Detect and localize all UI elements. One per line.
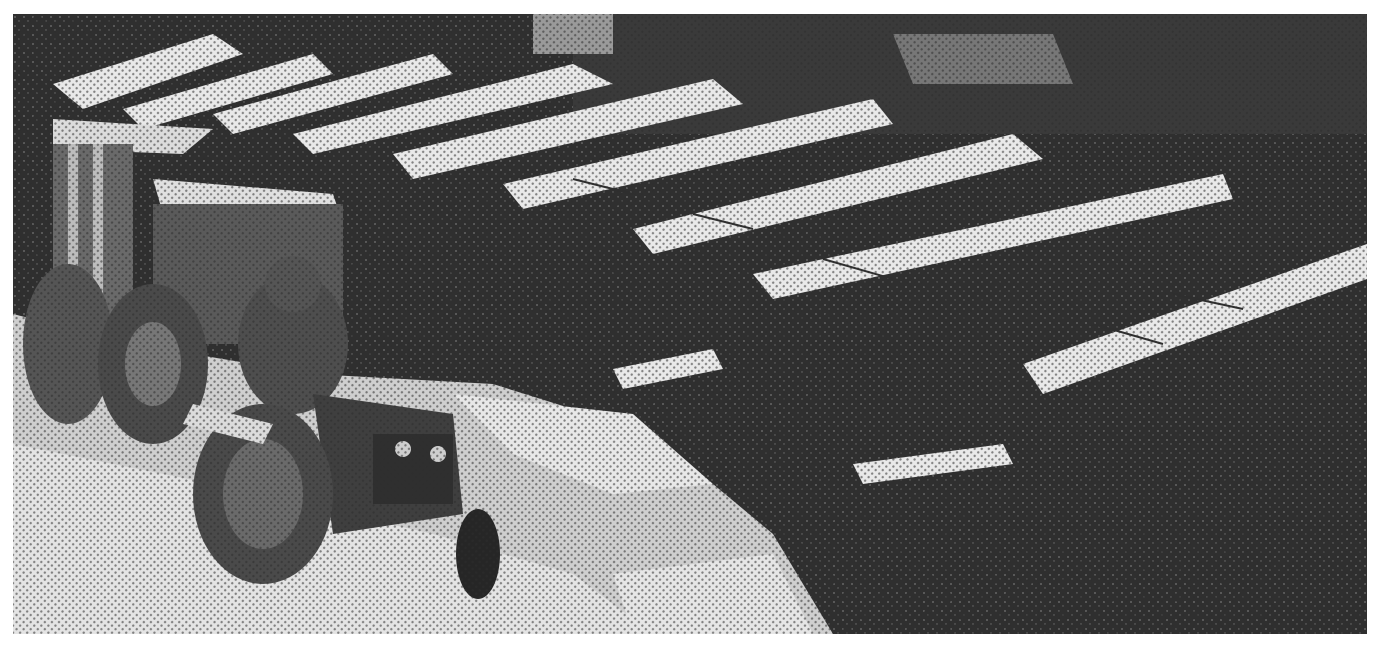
halftone-photograph — [13, 14, 1367, 634]
warehouse-scene — [13, 14, 1367, 634]
